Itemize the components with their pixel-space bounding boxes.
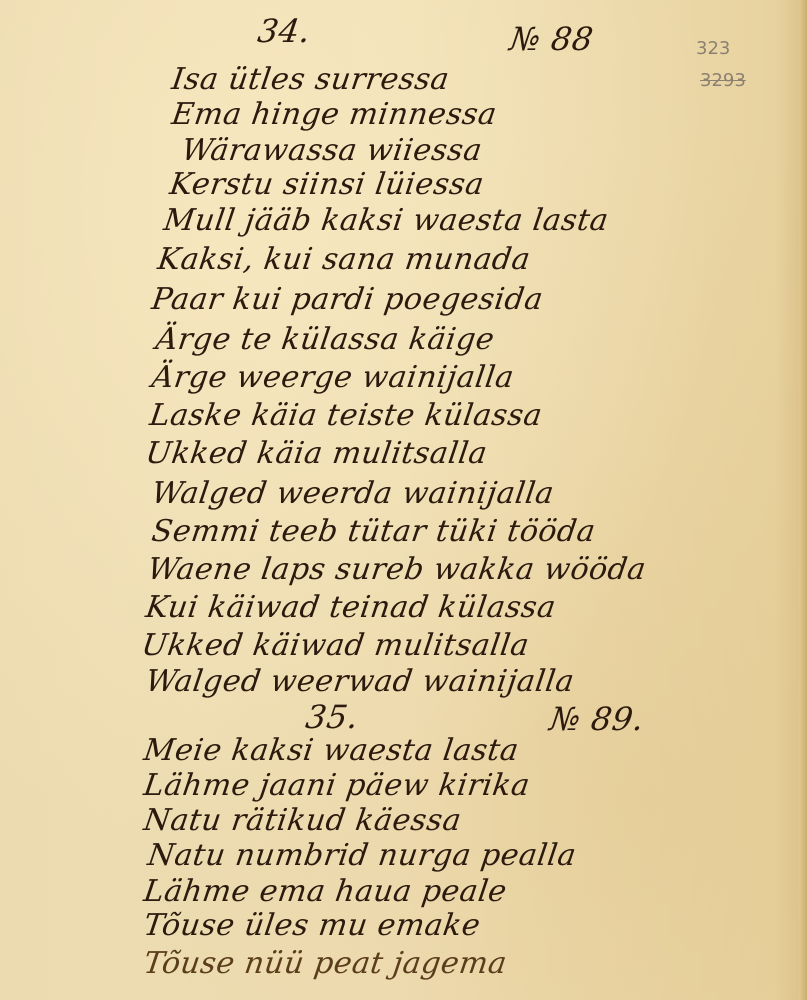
song-1-line-4: Kerstu siinsi lüiessa	[168, 167, 487, 202]
song-1-number: № 88	[507, 20, 596, 58]
song-1-line-1: Isa ütles surressa	[170, 62, 452, 97]
song-1-line-17: Walged weerwad wainijalla	[144, 664, 577, 699]
song-1-line-10: Laske käia teiste külassa	[148, 398, 545, 433]
song-1-line-11: Ukked käia mulitsalla	[144, 436, 490, 471]
song-1-line-15: Kui käiwad teinad külassa	[144, 590, 559, 625]
manuscript-page: 323 3293 34. № 88 Isa ütles surressa Ema…	[0, 0, 807, 1000]
song-2-line-5: Lähme ema haua peale	[142, 874, 510, 909]
page-edge	[799, 0, 807, 1000]
song-1-line-16: Ukked käiwad mulitsalla	[140, 628, 532, 663]
song-2-line-7: Tõuse nüü peat jagema	[142, 946, 510, 981]
song-2-number: № 89.	[547, 700, 646, 738]
song-2-line-4: Natu numbrid nurga pealla	[146, 838, 579, 873]
song-2-line-1: Meie kaksi waesta lasta	[142, 733, 522, 768]
archive-number-struck: 3293	[700, 70, 746, 91]
song-1-line-2: Ema hinge minnessa	[170, 97, 500, 132]
song-1-line-8: Ärge te külassa käige	[154, 322, 497, 357]
song-1-line-13: Semmi teeb tütar tüki tööda	[150, 514, 598, 549]
song-2-line-6: Tõuse üles mu emake	[142, 908, 483, 943]
song-2-line-2: Lähme jaani päew kirika	[142, 768, 533, 803]
song-1-line-5: Mull jääb kaksi waesta lasta	[162, 203, 611, 238]
archive-number: 323	[696, 38, 730, 59]
song-1-line-6: Kaksi, kui sana munada	[156, 242, 533, 277]
song-1-line-14: Waene laps sureb wakka wööda	[146, 552, 649, 587]
song-1-line-12: Walged weerda wainijalla	[150, 476, 557, 511]
song-1-line-7: Paar kui pardi poegesida	[150, 282, 546, 317]
song-1-page-number: 34.	[255, 12, 313, 50]
song-2-page-number: 35.	[303, 698, 361, 736]
song-2-line-3: Natu rätikud käessa	[142, 803, 464, 838]
song-1-line-3: Wärawassa wiiessa	[180, 133, 485, 168]
song-1-line-9: Ärge weerge wainijalla	[150, 360, 517, 395]
